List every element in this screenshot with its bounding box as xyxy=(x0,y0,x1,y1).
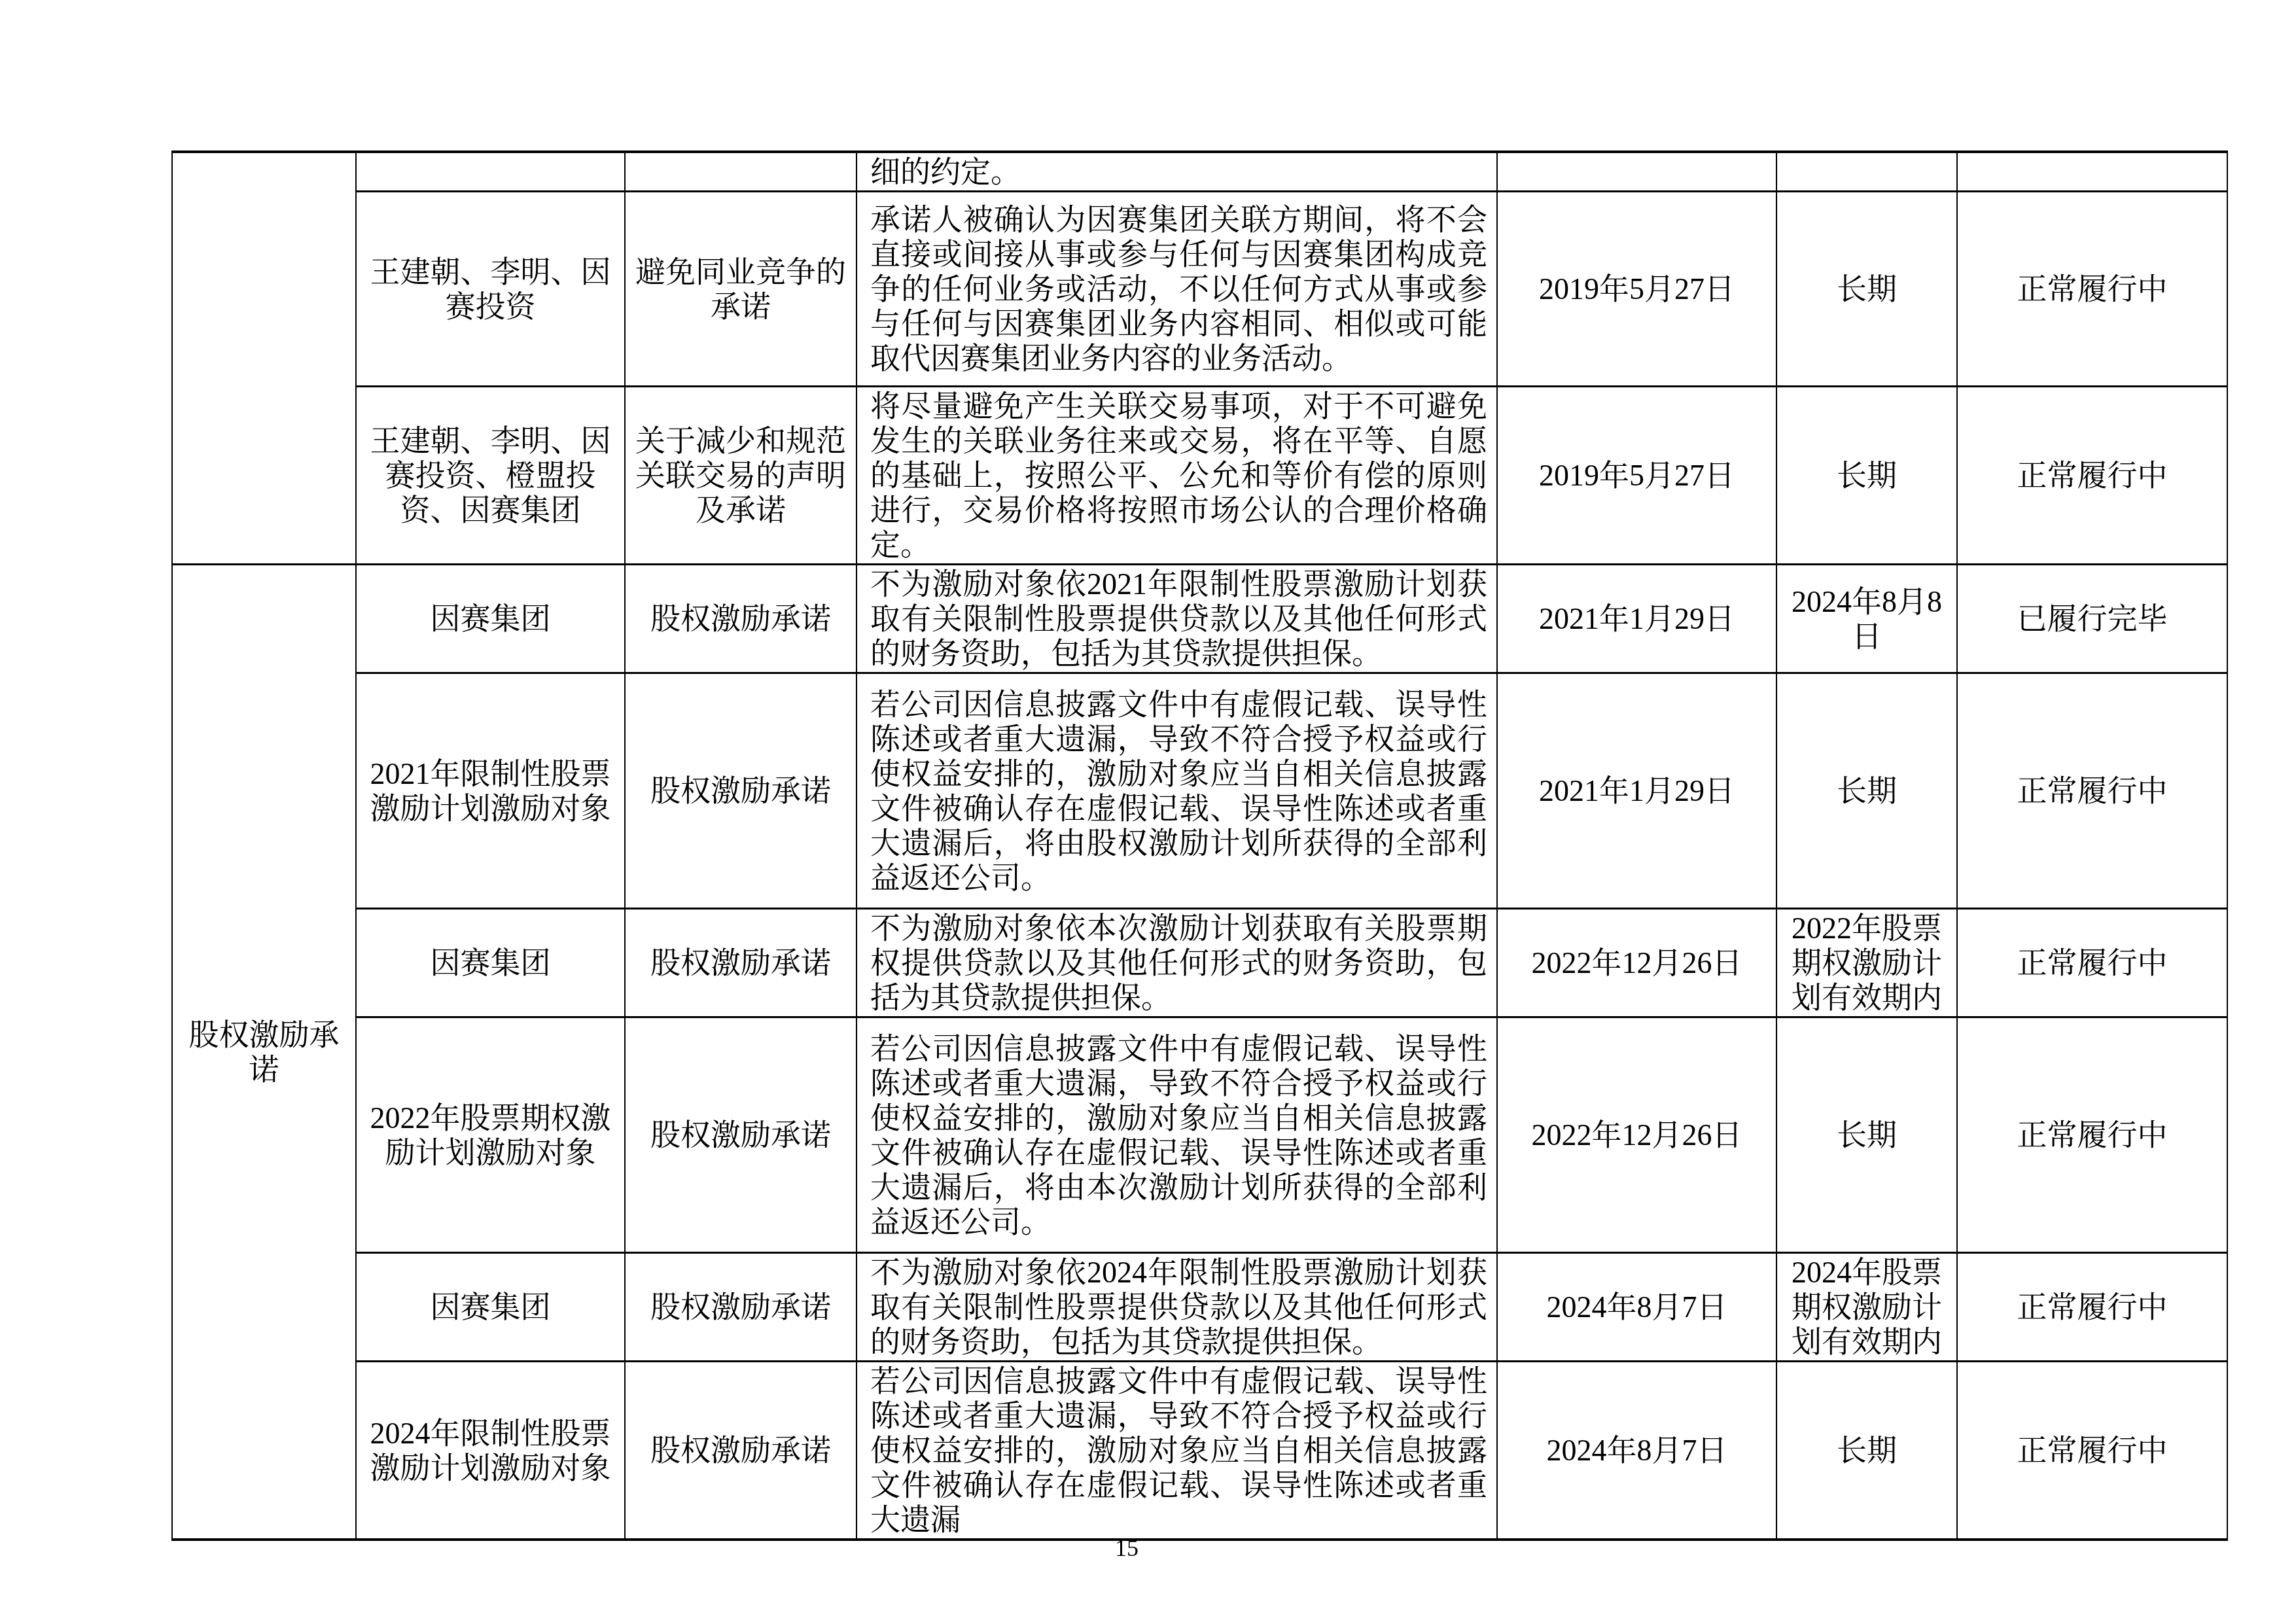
cell-type: 股权激励承诺 xyxy=(625,565,857,673)
cell-party: 因赛集团 xyxy=(356,909,625,1017)
cell-status: 正常履行中 xyxy=(1957,1253,2227,1362)
cell-content: 不为激励对象依本次激励计划获取有关股票期权提供贷款以及其他任何形式的财务资助，包… xyxy=(857,909,1497,1017)
cell-party xyxy=(356,152,625,192)
cell-status: 正常履行中 xyxy=(1957,387,2227,565)
commitments-table-body: 细的约定。王建朝、李明、因赛投资避免同业竞争的承诺承诺人被确认为因赛集团关联方期… xyxy=(172,152,2227,1540)
page-number: 15 xyxy=(1074,1535,1179,1561)
cell-term: 2024年股票期权激励计划有效期内 xyxy=(1776,1253,1957,1362)
table-row: 2024年限制性股票激励计划激励对象股权激励承诺若公司因信息披露文件中有虚假记载… xyxy=(172,1362,2227,1540)
cell-term: 长期 xyxy=(1776,387,1957,565)
table-row: 因赛集团股权激励承诺不为激励对象依本次激励计划获取有关股票期权提供贷款以及其他任… xyxy=(172,909,2227,1017)
cell-date: 2019年5月27日 xyxy=(1497,387,1776,565)
cell-date: 2021年1月29日 xyxy=(1497,673,1776,909)
table-row: 细的约定。 xyxy=(172,152,2227,192)
cell-date: 2019年5月27日 xyxy=(1497,192,1776,387)
table-row: 因赛集团股权激励承诺不为激励对象依2024年限制性股票激励计划获取有关限制性股票… xyxy=(172,1253,2227,1362)
cell-term: 长期 xyxy=(1776,192,1957,387)
cell-content: 细的约定。 xyxy=(857,152,1497,192)
cell-content: 不为激励对象依2021年限制性股票激励计划获取有关限制性股票提供贷款以及其他任何… xyxy=(857,565,1497,673)
cell-status: 正常履行中 xyxy=(1957,1362,2227,1540)
cell-type: 股权激励承诺 xyxy=(625,909,857,1017)
table-row: 2021年限制性股票激励计划激励对象股权激励承诺若公司因信息披露文件中有虚假记载… xyxy=(172,673,2227,909)
cell-date: 2024年8月7日 xyxy=(1497,1253,1776,1362)
cell-party: 王建朝、李明、因赛投资 xyxy=(356,192,625,387)
cell-category xyxy=(172,152,356,565)
cell-party: 2022年股票期权激励计划激励对象 xyxy=(356,1017,625,1253)
cell-term: 长期 xyxy=(1776,1362,1957,1540)
table-row: 王建朝、李明、因赛投资、橙盟投资、因赛集团关于减少和规范关联交易的声明及承诺将尽… xyxy=(172,387,2227,565)
cell-term: 长期 xyxy=(1776,673,1957,909)
cell-party: 因赛集团 xyxy=(356,1253,625,1362)
cell-type: 股权激励承诺 xyxy=(625,1253,857,1362)
cell-type xyxy=(625,152,857,192)
cell-term xyxy=(1776,152,1957,192)
document-page: 细的约定。王建朝、李明、因赛投资避免同业竞争的承诺承诺人被确认为因赛集团关联方期… xyxy=(0,0,2296,1624)
cell-date: 2022年12月26日 xyxy=(1497,909,1776,1017)
cell-party: 因赛集团 xyxy=(356,565,625,673)
table-row: 股权激励承诺因赛集团股权激励承诺不为激励对象依2021年限制性股票激励计划获取有… xyxy=(172,565,2227,673)
cell-type: 避免同业竞争的承诺 xyxy=(625,192,857,387)
cell-content: 将尽量避免产生关联交易事项，对于不可避免发生的关联业务往来或交易，将在平等、自愿… xyxy=(857,387,1497,565)
cell-type: 股权激励承诺 xyxy=(625,1362,857,1540)
cell-status: 正常履行中 xyxy=(1957,909,2227,1017)
cell-content: 若公司因信息披露文件中有虚假记载、误导性陈述或者重大遗漏，导致不符合授予权益或行… xyxy=(857,1017,1497,1253)
table-row: 2022年股票期权激励计划激励对象股权激励承诺若公司因信息披露文件中有虚假记载、… xyxy=(172,1017,2227,1253)
cell-status: 已履行完毕 xyxy=(1957,565,2227,673)
commitments-table: 细的约定。王建朝、李明、因赛投资避免同业竞争的承诺承诺人被确认为因赛集团关联方期… xyxy=(171,150,2228,1541)
cell-party: 2024年限制性股票激励计划激励对象 xyxy=(356,1362,625,1540)
table-row: 王建朝、李明、因赛投资避免同业竞争的承诺承诺人被确认为因赛集团关联方期间，将不会… xyxy=(172,192,2227,387)
cell-category: 股权激励承诺 xyxy=(172,565,356,1540)
cell-content: 若公司因信息披露文件中有虚假记载、误导性陈述或者重大遗漏，导致不符合授予权益或行… xyxy=(857,673,1497,909)
cell-content: 承诺人被确认为因赛集团关联方期间，将不会直接或间接从事或参与任何与因赛集团构成竞… xyxy=(857,192,1497,387)
cell-type: 股权激励承诺 xyxy=(625,1017,857,1253)
cell-date: 2024年8月7日 xyxy=(1497,1362,1776,1540)
cell-date: 2021年1月29日 xyxy=(1497,565,1776,673)
cell-content: 不为激励对象依2024年限制性股票激励计划获取有关限制性股票提供贷款以及其他任何… xyxy=(857,1253,1497,1362)
cell-status: 正常履行中 xyxy=(1957,673,2227,909)
cell-party: 2021年限制性股票激励计划激励对象 xyxy=(356,673,625,909)
cell-status: 正常履行中 xyxy=(1957,1017,2227,1253)
cell-term: 2022年股票期权激励计划有效期内 xyxy=(1776,909,1957,1017)
cell-type: 关于减少和规范关联交易的声明及承诺 xyxy=(625,387,857,565)
cell-date xyxy=(1497,152,1776,192)
cell-date: 2022年12月26日 xyxy=(1497,1017,1776,1253)
cell-term: 长期 xyxy=(1776,1017,1957,1253)
cell-term: 2024年8月8日 xyxy=(1776,565,1957,673)
cell-party: 王建朝、李明、因赛投资、橙盟投资、因赛集团 xyxy=(356,387,625,565)
cell-type: 股权激励承诺 xyxy=(625,673,857,909)
cell-status xyxy=(1957,152,2227,192)
cell-content: 若公司因信息披露文件中有虚假记载、误导性陈述或者重大遗漏，导致不符合授予权益或行… xyxy=(857,1362,1497,1540)
cell-status: 正常履行中 xyxy=(1957,192,2227,387)
